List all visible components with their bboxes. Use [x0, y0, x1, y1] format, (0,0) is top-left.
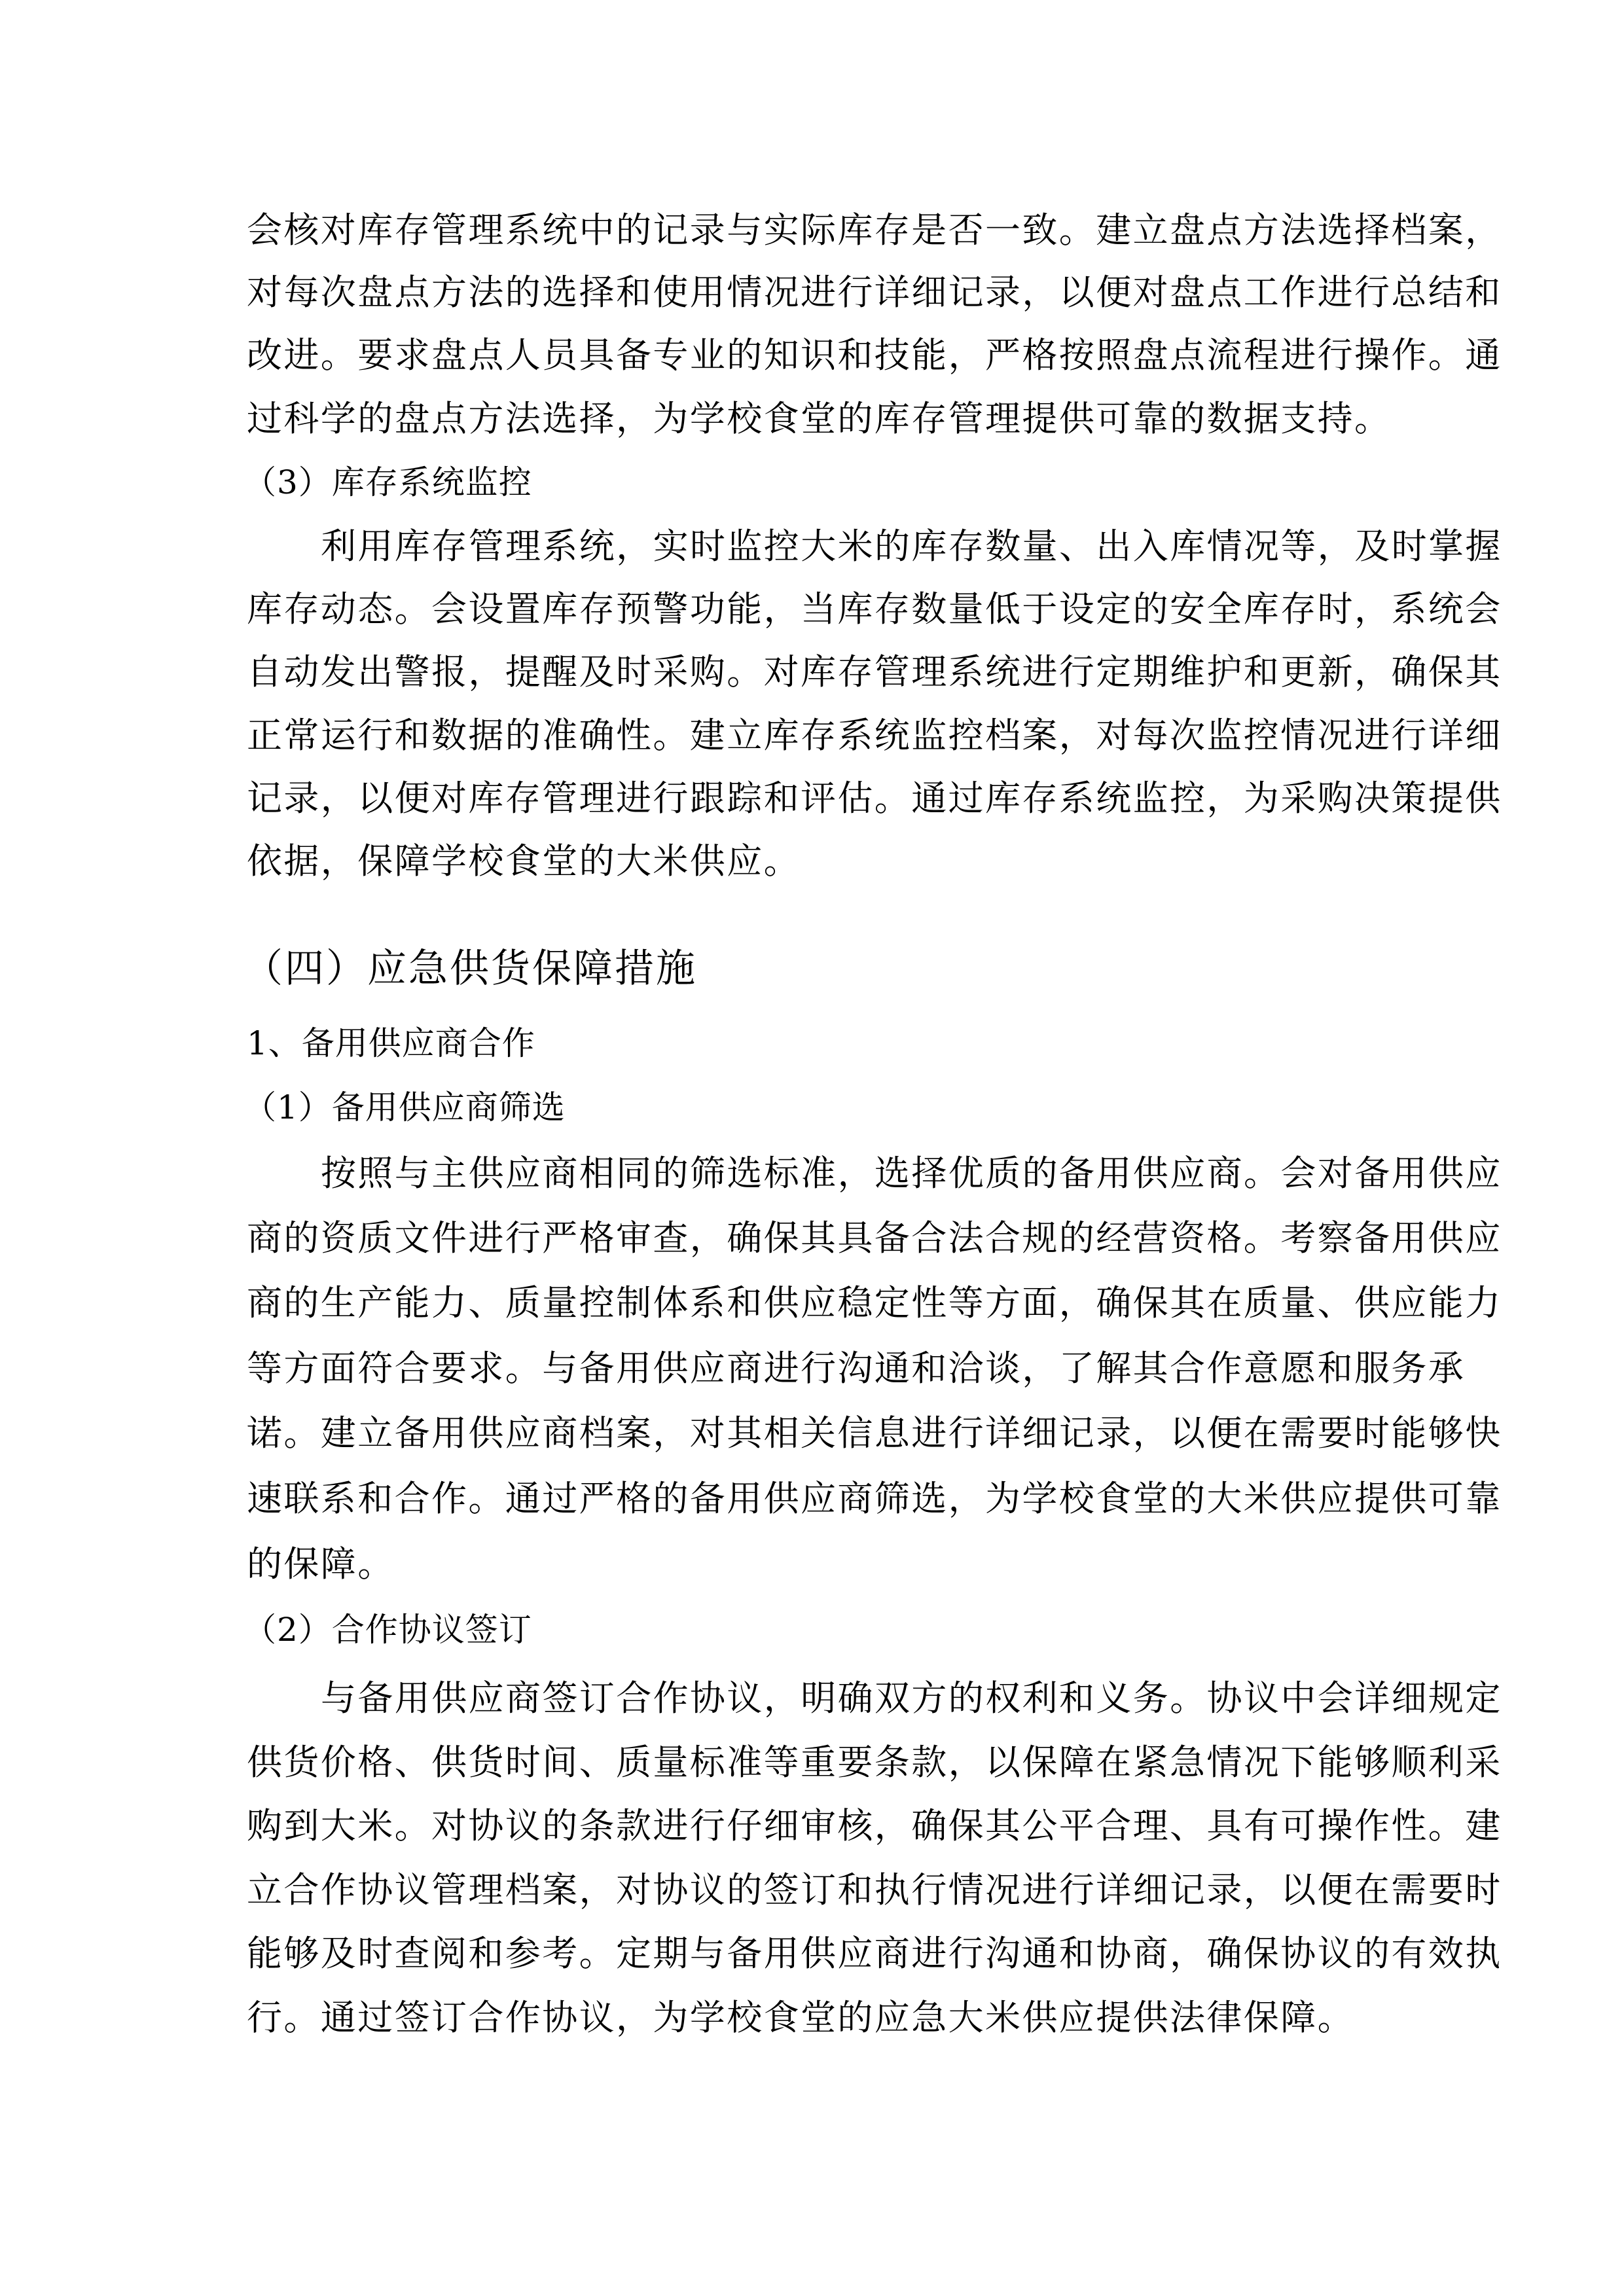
paragraph-line: 与备用供应商签订合作协议，明确双方的权利和义务。协议中会详细规定: [321, 1679, 1356, 1718]
document-page: 会核对库存管理系统中的记录与实际库存是否一致。建立盘点方法选择档案， 对每次盘点…: [0, 0, 1624, 2296]
paragraph-line: 能够及时查阅和参考。定期与备用供应商进行沟通和协商，确保协议的有效执: [247, 1934, 1356, 1973]
paragraph-line: 依据，保障学校食堂的大米供应。: [247, 842, 1360, 881]
paragraph-line: 速联系和合作。通过严格的备用供应商筛选，为学校食堂的大米供应提供可靠: [247, 1479, 1356, 1518]
paragraph-line: 供货价格、供货时间、质量标准等重要条款，以保障在紧急情况下能够顺利采: [247, 1743, 1356, 1782]
subsection-heading: （2）合作协议签订: [244, 1610, 1356, 1649]
subsection-heading: （3）库存系统监控: [244, 463, 1356, 502]
paragraph-line: 记录，以便对库存管理进行跟踪和评估。通过库存系统监控，为采购决策提供: [247, 779, 1356, 818]
paragraph-line: 会核对库存管理系统中的记录与实际库存是否一致。建立盘点方法选择档案，: [247, 211, 1356, 250]
paragraph-line: 等方面符合要求。与备用供应商进行沟通和洽谈，了解其合作意愿和服务承: [247, 1349, 1360, 1388]
item-heading: 1、备用供应商合作: [247, 1024, 1360, 1063]
section-heading: （四）应急供货保障措施: [244, 946, 1356, 992]
paragraph-line: 库存动态。会设置库存预警功能，当库存数量低于设定的安全库存时，系统会: [247, 590, 1356, 629]
paragraph-line: 自动发出警报，提醒及时采购。对库存管理系统进行定期维护和更新，确保其: [247, 653, 1356, 692]
paragraph-line: 过科学的盘点方法选择，为学校食堂的库存管理提供可靠的数据支持。: [247, 399, 1360, 439]
paragraph-line: 商的资质文件进行严格审查，确保其具备合法合规的经营资格。考察备用供应: [247, 1219, 1356, 1258]
paragraph-line: 按照与主供应商相同的筛选标准，选择优质的备用供应商。会对备用供应: [321, 1154, 1356, 1193]
paragraph-line: 商的生产能力、质量控制体系和供应稳定性等方面，确保其在质量、供应能力: [247, 1283, 1356, 1323]
paragraph-line: 购到大米。对协议的条款进行仔细审核，确保其公平合理、具有可操作性。建: [247, 1806, 1356, 1846]
paragraph-line: 正常运行和数据的准确性。建立库存系统监控档案，对每次监控情况进行详细: [247, 716, 1356, 755]
paragraph-line: 立合作协议管理档案，对协议的签订和执行情况进行详细记录，以便在需要时: [247, 1871, 1356, 1910]
paragraph-line: 改进。要求盘点人员具备专业的知识和技能，严格按照盘点流程进行操作。通: [247, 336, 1356, 375]
paragraph-line: 行。通过签订合作协议，为学校食堂的应急大米供应提供法律保障。: [247, 1998, 1360, 2037]
subsection-heading: （1）备用供应商筛选: [244, 1088, 1356, 1127]
paragraph-line: 的保障。: [247, 1545, 1360, 1584]
paragraph-line: 利用库存管理系统，实时监控大米的库存数量、出入库情况等，及时掌握: [321, 527, 1356, 566]
paragraph-line: 诺。建立备用供应商档案，对其相关信息进行详细记录，以便在需要时能够快: [247, 1414, 1356, 1453]
paragraph-line: 对每次盘点方法的选择和使用情况进行详细记录，以便对盘点工作进行总结和: [247, 273, 1356, 312]
